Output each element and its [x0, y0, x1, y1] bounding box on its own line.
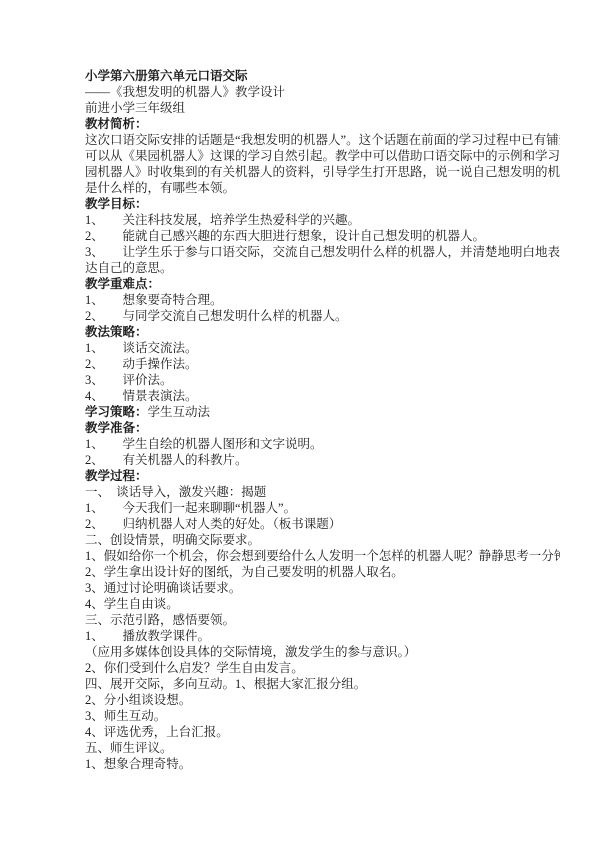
- doc-line: 4、学生自由谈。: [85, 596, 560, 612]
- doc-line: 四、展开交际，多向互动。1、根据大家汇报分组。: [85, 676, 560, 692]
- doc-line: 园机器人》时收集到的有关机器人的资料，引导学生打开思路，说一说自己想发明的机器人: [85, 164, 560, 180]
- doc-line: 2、 有关机器人的科教片。: [85, 452, 560, 468]
- section-heading-teaching-process: 教学过程：: [85, 468, 560, 484]
- doc-author-line: 前进小学三年级组: [85, 100, 560, 116]
- doc-line: 达自己的意思。: [85, 260, 560, 276]
- doc-line: 1、 想象要奇特合理。: [85, 292, 560, 308]
- doc-line: 1、 关注科技发展，培养学生热爱科学的兴趣。: [85, 212, 560, 228]
- doc-line: 2、学生拿出设计好的图纸，为自己要发明的机器人取名。: [85, 564, 560, 580]
- doc-line: 一、 谈话导入，激发兴趣：揭题: [85, 484, 560, 500]
- doc-title: 小学第六册第六单元口语交际: [85, 68, 560, 84]
- doc-line: 1、 播放教学课件。: [85, 628, 560, 644]
- doc-line: 这次口语交际安排的话题是“我想发明的机器人”。这个话题在前面的学习过程中已有铺垫…: [85, 132, 560, 148]
- doc-line: 4、评选优秀，上台汇报。: [85, 724, 560, 740]
- doc-line: 1、想象合理奇特。: [85, 756, 560, 772]
- doc-line: 2、 与同学交流自己想发明什么样的机器人。: [85, 308, 560, 324]
- section-heading-teaching-preparation: 教学准备：: [85, 420, 560, 436]
- section-heading-material-analysis: 教材简析：: [85, 116, 560, 132]
- document-content: 小学第六册第六单元口语交际 ——《我想发明的机器人》教学设计 前进小学三年级组 …: [0, 0, 600, 772]
- doc-line: 2、 能就自己感兴趣的东西大胆进行想象，设计自己想发明的机器人。: [85, 228, 560, 244]
- doc-line: 3、通过讨论明确谈话要求。: [85, 580, 560, 596]
- section-heading-learning-strategy: 学习策略：学生互动法: [85, 404, 560, 420]
- doc-line: 2、你们受到什么启发？学生自由发言。: [85, 660, 560, 676]
- section-heading-teaching-goals: 教学目标：: [85, 196, 560, 212]
- doc-line: 3、 让学生乐于参与口语交际，交流自己想发明什么样的机器人，并清楚地明白地表: [85, 244, 560, 260]
- document-page: 小学第六册第六单元口语交际 ——《我想发明的机器人》教学设计 前进小学三年级组 …: [0, 0, 600, 850]
- doc-line: 2、 动手操作法。: [85, 356, 560, 372]
- doc-line: 是什么样的，有哪些本领。: [85, 180, 560, 196]
- section-heading-key-difficulties: 教学重难点：: [85, 276, 560, 292]
- doc-line: （应用多媒体创设具体的交际情境，激发学生的参与意识。）: [85, 644, 560, 660]
- doc-line: 三、示范引路，感悟要领。: [85, 612, 560, 628]
- doc-line: 1、 学生自绘的机器人图形和文字说明。: [85, 436, 560, 452]
- doc-line: 1、 谈话交流法。: [85, 340, 560, 356]
- doc-line: 1、 今天我们一起来聊聊“机器人”。: [85, 500, 560, 516]
- doc-line: 3、 评价法。: [85, 372, 560, 388]
- inline-heading: 学习策略：: [85, 405, 148, 419]
- doc-line: 4、 情景表演法。: [85, 388, 560, 404]
- doc-line: 可以从《果园机器人》这课的学习自然引起。教学中可以借助口语交际中的示例和学习《果: [85, 148, 560, 164]
- doc-line: 3、师生互动。: [85, 708, 560, 724]
- section-heading-teaching-strategies: 教法策略：: [85, 324, 560, 340]
- doc-line: 五、师生评议。: [85, 740, 560, 756]
- doc-line: 1、假如给你一个机会，你会想到要给什么人发明一个怎样的机器人呢？静静思考一分钟。: [85, 548, 560, 564]
- doc-line-text: 学生互动法: [148, 405, 211, 419]
- doc-subtitle: ——《我想发明的机器人》教学设计: [85, 84, 560, 100]
- doc-line: 2、 归纳机器人对人类的好处。（板书课题）: [85, 516, 560, 532]
- doc-line: 二、创设情景，明确交际要求。: [85, 532, 560, 548]
- doc-line: 2、分小组谈设想。: [85, 692, 560, 708]
